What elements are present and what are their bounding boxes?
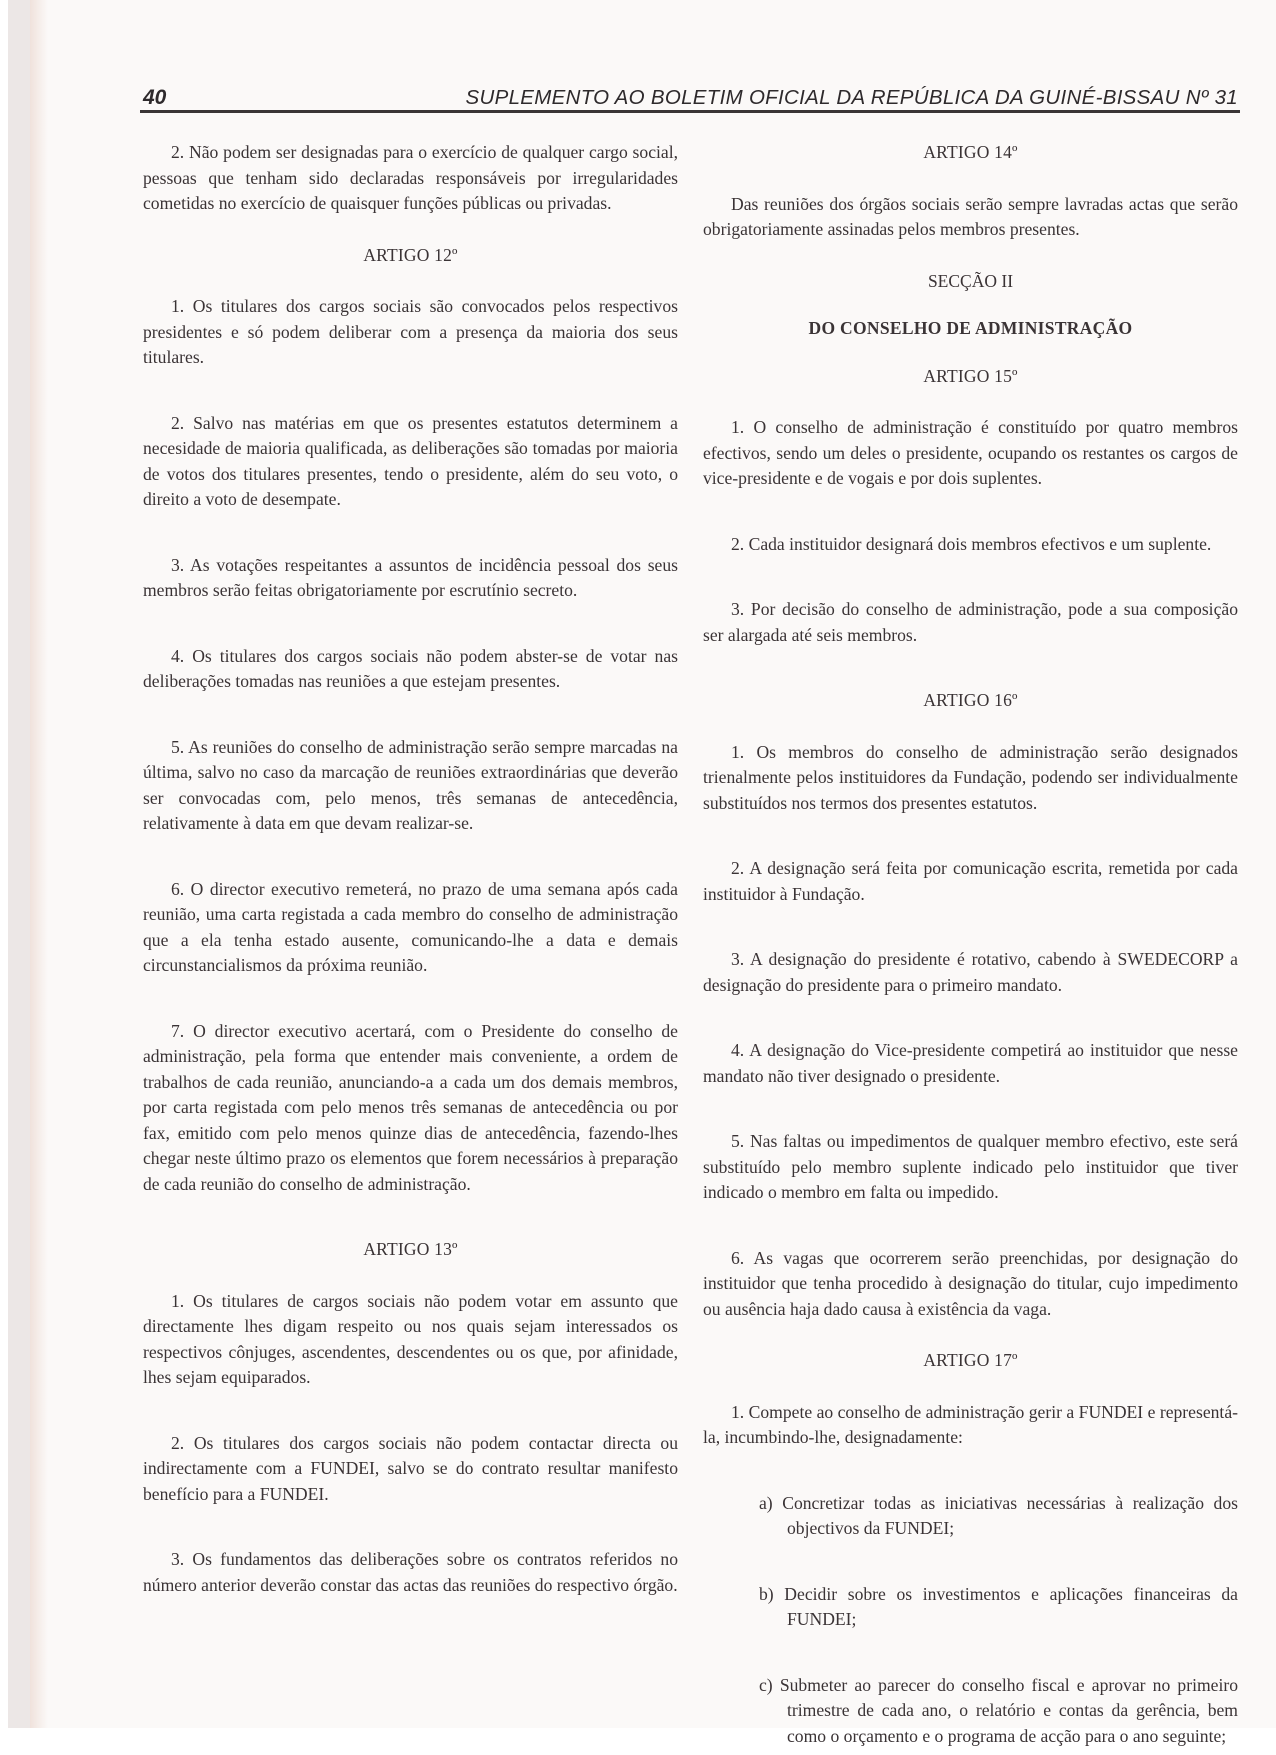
paragraph: 6. As vagas que ocorrerem serão preenchi… [703,1246,1238,1323]
paragraph: 4. Os titulares dos cargos sociais não p… [143,644,678,695]
paragraph: 2. Não podem ser designadas para o exerc… [143,140,678,217]
paragraph: 7. O director executivo acertará, com o … [143,1019,678,1198]
paragraph: 1. O conselho de administração é constit… [703,415,1238,492]
paragraph: 3. Os fundamentos das deliberações sobre… [143,1547,678,1598]
paragraph: 1. Compete ao conselho de administração … [703,1400,1238,1451]
paragraph: Das reuniões dos órgãos sociais serão se… [703,192,1238,243]
section-title: SECÇÃO II [703,269,1238,295]
paragraph: 3. A designação do presidente é rotativo… [703,947,1238,998]
paragraph: 2. Cada instituidor designará dois membr… [703,532,1238,558]
paragraph: 3. As votações respeitantes a assuntos d… [143,553,678,604]
right-column: ARTIGO 14º Das reuniões dos órgãos socia… [703,140,1238,1749]
page-edge-shadow [30,0,48,1728]
paragraph: 2. A designação será feita por comunicaç… [703,856,1238,907]
page-header: 40 SUPLEMENTO AO BOLETIM OFICIAL DA REPÚ… [143,86,1238,110]
paragraph: 1. Os membros do conselho de administraç… [703,740,1238,817]
list-item: c) Submeter ao parecer do conselho fisca… [731,1673,1238,1750]
left-column: 2. Não podem ser designadas para o exerc… [143,140,678,1598]
paragraph: 6. O director executivo remeterá, no pra… [143,877,678,979]
paragraph: 5. Nas faltas ou impedimentos de qualque… [703,1129,1238,1206]
paragraph: 2. Salvo nas matérias em que os presente… [143,411,678,513]
list-item: a) Concretizar todas as iniciativas nece… [731,1491,1238,1542]
header-divider [140,110,1240,113]
paragraph: 4. A designação do Vice-presidente compe… [703,1038,1238,1089]
paragraph: 2. Os titulares dos cargos sociais não p… [143,1431,678,1508]
paragraph: 1. Os titulares dos cargos sociais são c… [143,294,678,371]
article-title: ARTIGO 15º [703,364,1238,390]
paragraph: 3. Por decisão do conselho de administra… [703,597,1238,648]
list-item: b) Decidir sobre os investimentos e apli… [731,1582,1238,1633]
article-title: ARTIGO 17º [703,1348,1238,1374]
section-subtitle: DO CONSELHO DE ADMINISTRAÇÃO [703,316,1238,342]
article-title: ARTIGO 14º [703,140,1238,166]
publication-title: SUPLEMENTO AO BOLETIM OFICIAL DA REPÚBLI… [466,86,1238,110]
article-title: ARTIGO 12º [143,243,678,269]
page-number: 40 [143,86,166,110]
paragraph: 5. As reuniões do conselho de administra… [143,735,678,837]
article-title: ARTIGO 13º [143,1237,678,1263]
article-title: ARTIGO 16º [703,688,1238,714]
paragraph: 1. Os titulares de cargos sociais não po… [143,1289,678,1391]
